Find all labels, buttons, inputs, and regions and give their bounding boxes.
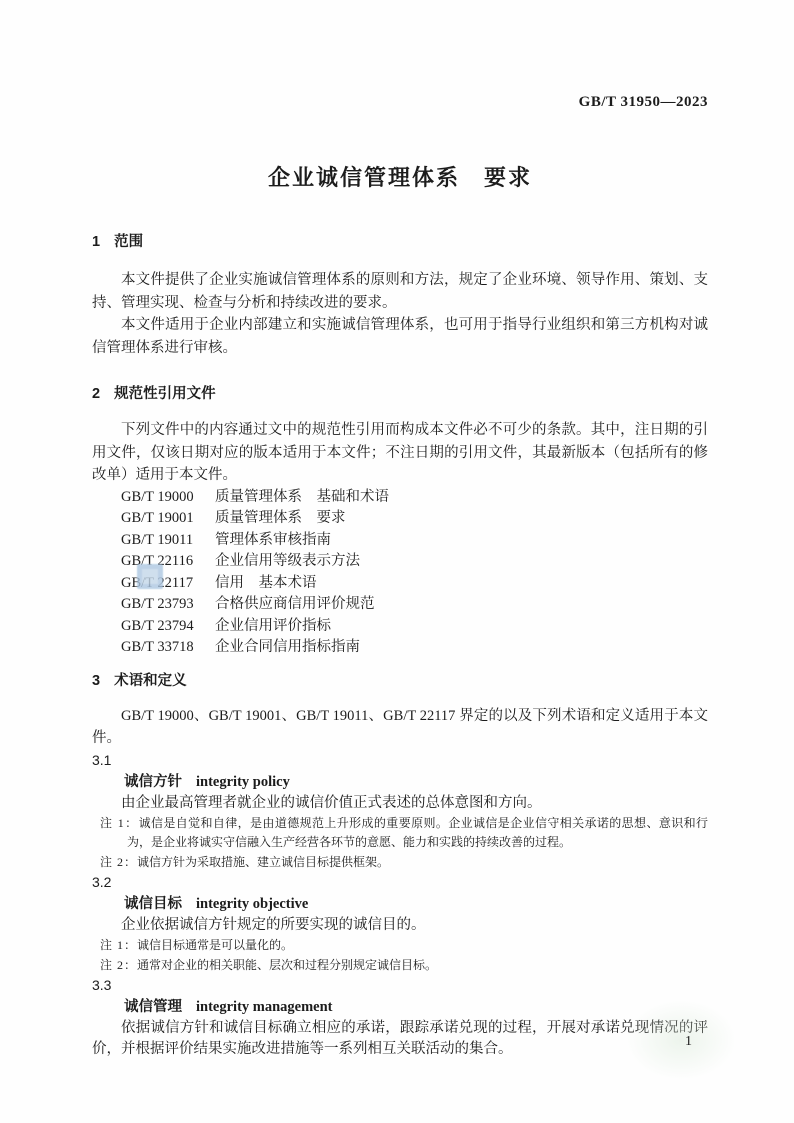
reference-title: 管理体系审核指南: [215, 532, 331, 548]
reference-list: GB/T 19000质量管理体系 基础和术语 GB/T 19001质量管理体系 …: [92, 487, 708, 659]
document-page: GB/T 31950—2023 企业诚信管理体系 要求 1范围 本文件提供了企业…: [0, 0, 794, 1123]
section-1-heading: 1范围: [92, 232, 708, 252]
reference-code: GB/T 19001: [121, 508, 215, 530]
term-3-2-definition: 企业依据诚信方针规定的所要实现的诚信目的。: [92, 915, 708, 936]
note-label: 注 1：: [100, 938, 137, 952]
normative-references-intro: 下列文件中的内容通过文中的规范性引用而构成本文件必不可少的条款。其中，注日期的引…: [92, 419, 708, 487]
document-title: 企业诚信管理体系 要求: [92, 163, 708, 193]
reference-item: GB/T 19011管理体系审核指南: [121, 530, 708, 552]
reference-code: GB/T 22116: [121, 551, 215, 573]
term-3-3-zh: 诚信管理: [124, 999, 182, 1015]
term-3-2-zh: 诚信目标: [124, 896, 182, 912]
reference-title: 合格供应商信用评价规范: [215, 596, 375, 612]
term-3-3-number: 3.3: [92, 975, 708, 996]
reference-code: GB/T 19000: [121, 487, 215, 509]
section-2-number: 2: [92, 386, 100, 402]
term-3-1-en: integrity policy: [196, 774, 290, 790]
term-3-3-line: 诚信管理integrity management: [124, 996, 708, 1018]
term-3-1-line: 诚信方针integrity policy: [124, 771, 708, 793]
term-3-2-line: 诚信目标integrity objective: [124, 893, 708, 915]
reference-item: GB/T 33718企业合同信用指标指南: [121, 637, 708, 659]
term-3-2-note-2: 注 2：通常对企业的相关职能、层次和过程分别规定诚信目标。: [100, 956, 708, 976]
reference-title: 企业信用等级表示方法: [215, 553, 360, 569]
section-3-title: 术语和定义: [114, 673, 187, 689]
reference-item: GB/T 19000质量管理体系 基础和术语: [121, 487, 708, 509]
term-3-2-en: integrity objective: [196, 896, 308, 912]
note-text: 通常对企业的相关职能、层次和过程分别规定诚信目标。: [137, 958, 437, 972]
reference-code: GB/T 23794: [121, 616, 215, 638]
standard-code-header: GB/T 31950—2023: [92, 0, 708, 111]
term-3-2-note-1: 注 1：诚信目标通常是可以量化的。: [100, 936, 708, 956]
section-3-number: 3: [92, 673, 100, 689]
note-label: 注 1：: [100, 816, 139, 830]
reference-title: 质量管理体系 基础和术语: [215, 489, 389, 505]
reference-item: GB/T 22117信用 基本术语: [121, 573, 708, 595]
term-3-3-en: integrity management: [196, 999, 333, 1015]
reference-code: GB/T 33718: [121, 637, 215, 659]
reference-title: 质量管理体系 要求: [215, 510, 346, 526]
term-3-1-zh: 诚信方针: [124, 774, 182, 790]
reference-item: GB/T 22116企业信用等级表示方法: [121, 551, 708, 573]
note-label: 注 2：: [100, 855, 137, 869]
scope-paragraph-2: 本文件适用于企业内部建立和实施诚信管理体系，也可用于指导行业组织和第三方机构对诚…: [92, 314, 708, 359]
page-content: GB/T 31950—2023 企业诚信管理体系 要求 1范围 本文件提供了企业…: [0, 0, 794, 1060]
reference-item: GB/T 23794企业信用评价指标: [121, 616, 708, 638]
reference-title: 信用 基本术语: [215, 575, 317, 591]
term-3-1-note-2: 注 2：诚信方针为采取措施、建立诚信目标提供框架。: [100, 853, 708, 873]
section-3-heading: 3术语和定义: [92, 671, 708, 691]
term-3-1-definition: 由企业最高管理者就企业的诚信价值正式表述的总体意图和方向。: [92, 793, 708, 814]
note-text: 诚信目标通常是可以量化的。: [137, 938, 293, 952]
reference-item: GB/T 19001质量管理体系 要求: [121, 508, 708, 530]
reference-item: GB/T 23793合格供应商信用评价规范: [121, 594, 708, 616]
page-number: 1: [685, 1033, 692, 1050]
term-3-1-number: 3.1: [92, 750, 708, 771]
reference-code: GB/T 23793: [121, 594, 215, 616]
term-3-2-number: 3.2: [92, 872, 708, 893]
watermark-stamp: [137, 564, 163, 589]
reference-title: 企业合同信用指标指南: [215, 639, 360, 655]
reference-code: GB/T 19011: [121, 530, 215, 552]
reference-code: GB/T 22117: [121, 573, 215, 595]
terms-intro: GB/T 19000、GB/T 19001、GB/T 19011、GB/T 22…: [92, 705, 708, 750]
watermark-faint-blob: [626, 1000, 736, 1080]
note-label: 注 2：: [100, 958, 137, 972]
term-3-3-definition: 依据诚信方针和诚信目标确立相应的承诺，跟踪承诺兑现的过程，开展对承诺兑现情况的评…: [92, 1018, 708, 1060]
reference-title: 企业信用评价指标: [215, 618, 331, 634]
note-text: 诚信方针为采取措施、建立诚信目标提供框架。: [137, 855, 389, 869]
section-2-title: 规范性引用文件: [114, 386, 216, 402]
scope-paragraph-1: 本文件提供了企业实施诚信管理体系的原则和方法，规定了企业环境、领导作用、策划、支…: [92, 269, 708, 314]
term-3-1-note-1: 注 1：诚信是自觉和自律，是由道德规范上升形成的重要原则。企业诚信是企业信守相关…: [100, 814, 708, 853]
section-1-number: 1: [92, 234, 100, 250]
section-1-title: 范围: [114, 234, 143, 250]
note-text: 诚信是自觉和自律，是由道德规范上升形成的重要原则。企业诚信是企业信守相关承诺的思…: [127, 816, 708, 850]
section-2-heading: 2规范性引用文件: [92, 384, 708, 404]
